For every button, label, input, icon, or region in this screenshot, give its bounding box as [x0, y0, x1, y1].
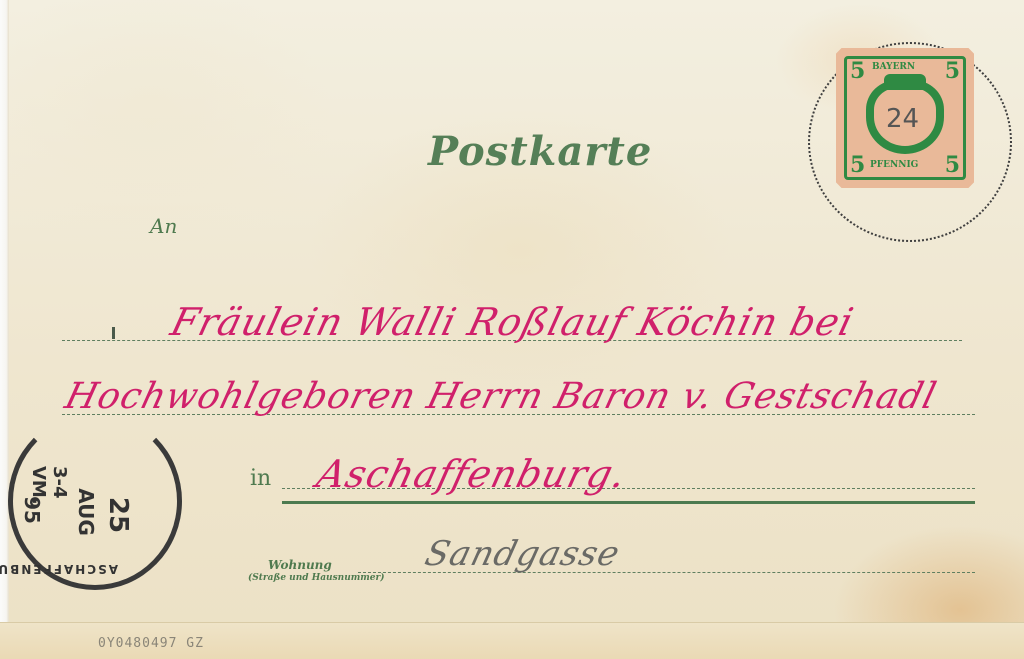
- crown-icon: [884, 74, 926, 90]
- pencil-residence: Sandgasse: [421, 534, 624, 574]
- postmark-year: 95: [20, 496, 44, 524]
- stamp-value-bl: 5: [850, 152, 865, 178]
- postage-stamp: 5 5 5 5 BAYERN PFENNIG 24: [836, 48, 974, 188]
- stamp-value-tr: 5: [945, 58, 960, 84]
- residence-sublabel: (Straße und Hausnummer): [248, 573, 385, 583]
- stamp-unit: PFENNIG: [870, 160, 918, 170]
- ink-tick: [112, 327, 115, 339]
- postmark-day: 25: [103, 497, 133, 533]
- scan-edge: [0, 0, 9, 659]
- to-label: An: [150, 214, 177, 238]
- catalog-number: 0Y0480497 GZ: [98, 636, 204, 651]
- stamp-country: BAYERN: [872, 62, 915, 72]
- card-title: Postkarte: [428, 128, 652, 175]
- stamp-value-tl: 5: [850, 58, 865, 84]
- stamp-cancel-date: 24: [886, 104, 919, 134]
- address-underline: [282, 501, 975, 504]
- handwritten-city: Aschaffenburg.: [313, 452, 632, 496]
- in-label: in: [250, 466, 271, 491]
- postmark-town: ASCHAFFENBURG: [0, 562, 118, 576]
- handwritten-line-1: Fräulein Walli Roßlauf Köchin bei: [167, 300, 859, 344]
- postmark-month: AUG: [74, 488, 98, 536]
- handwritten-line-2: Hochwohlgeboren Herrn Baron v. Gestschad…: [61, 376, 941, 417]
- postmark: ASCHAFFENBURG 25 AUG 3-4 VM. 95: [14, 418, 176, 588]
- stamp-value-br: 5: [945, 152, 960, 178]
- residence-label: Wohnung: [268, 558, 332, 572]
